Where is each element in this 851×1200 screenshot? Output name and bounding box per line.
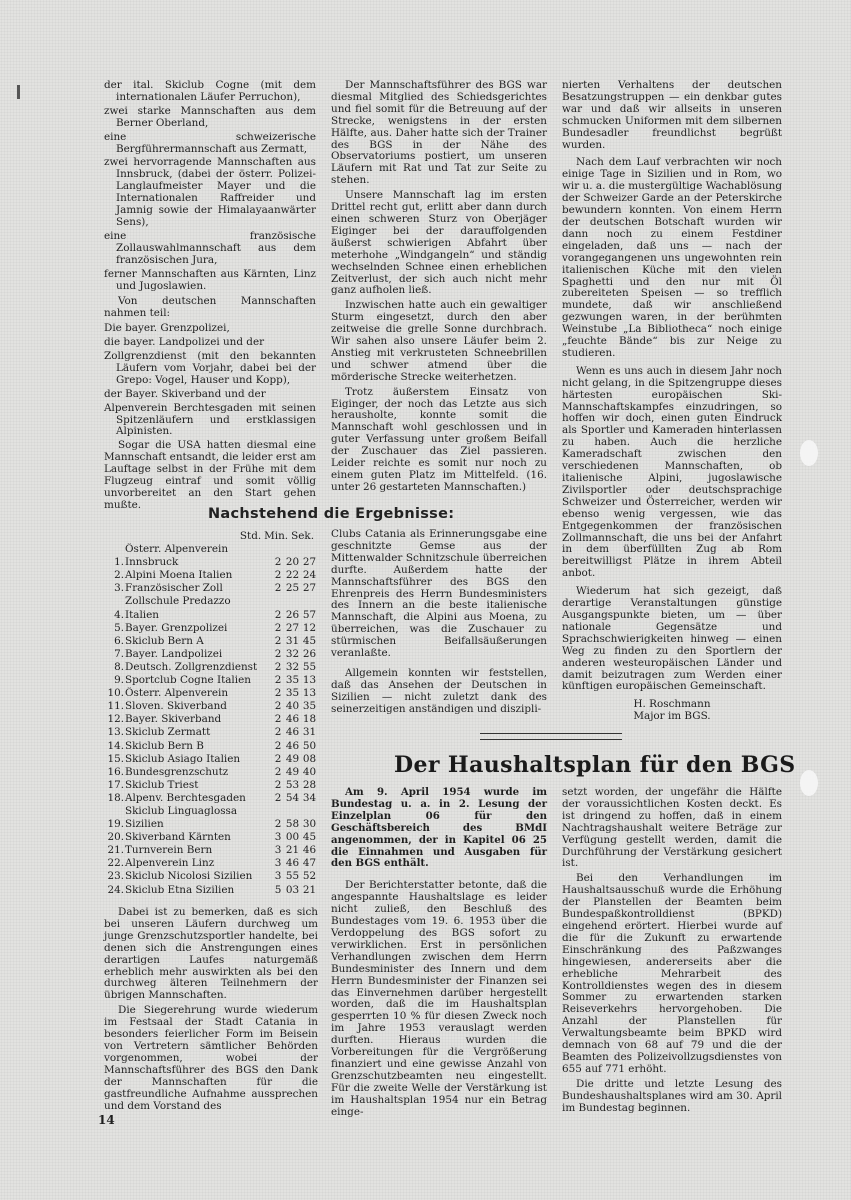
rank: 1. <box>104 556 124 569</box>
team-name-line: Skiclub Linguaglossa <box>125 805 237 817</box>
team-name: Alpenverein Linz <box>124 857 272 870</box>
time-hours: 2 <box>272 687 284 700</box>
budget-column-right: setzt worden, der ungefähr die Hälfte de… <box>562 787 782 1117</box>
results-heading: Nachstehend die Ergebnisse: <box>208 506 454 522</box>
time-seconds: 27 <box>301 582 318 595</box>
paragraph: nierten Verhaltens der deutschen Besatzu… <box>562 80 782 151</box>
team-name-line: Österr. Alpenverein <box>125 687 228 699</box>
time-hours: 2 <box>272 753 284 766</box>
paragraph: Trotz äußerstem Einsatz von Eiginger, de… <box>331 387 547 494</box>
time-seconds: 50 <box>301 740 318 753</box>
team-name: Österr. Alpenverein <box>124 687 272 700</box>
team-name-line: Skiclub Asiago Italien <box>125 753 240 765</box>
paragraph: Unsere Mannschaft lag im ersten Drittel … <box>331 190 547 297</box>
results-row: 22.Alpenverein Linz34647 <box>104 857 318 870</box>
time-minutes: 40 <box>284 700 301 713</box>
time-minutes: 32 <box>284 648 301 661</box>
team-name-line: Alpenverein Linz <box>125 857 214 869</box>
time-seconds: 21 <box>301 884 318 897</box>
rank: 4. <box>104 609 124 622</box>
time-seconds: 35 <box>301 700 318 713</box>
team-name: Skiclub Triest <box>124 779 272 792</box>
column-header-seconds: Sek. <box>291 530 314 543</box>
results-body: 1.Österr. AlpenvereinInnsbruck220272.Alp… <box>104 543 318 897</box>
team-name: Österr. AlpenvereinInnsbruck <box>124 543 272 569</box>
results-row: 23.Skiclub Nicolosi Sizilien35552 <box>104 870 318 883</box>
results-row: 1.Österr. AlpenvereinInnsbruck22027 <box>104 543 318 569</box>
time-minutes: 35 <box>284 674 301 687</box>
results-row: 15.Skiclub Asiago Italien24908 <box>104 753 318 766</box>
team-name: Skiclub Bern B <box>124 740 272 753</box>
time-minutes: 21 <box>284 844 301 857</box>
column-1: der ital. Skiclub Cogne (mit dem interna… <box>104 80 316 515</box>
time-hours: 3 <box>272 844 284 857</box>
results-row: 17.Skiclub Triest25328 <box>104 779 318 792</box>
paragraph: Clubs Catania als Erinnerungsgabe eine g… <box>331 529 547 660</box>
time-hours: 2 <box>272 609 284 622</box>
time-seconds: 24 <box>301 569 318 582</box>
rank: 5. <box>104 622 124 635</box>
team-name-line: Skiclub Bern B <box>125 740 204 752</box>
german-team-item: Zollgrenzdienst (mit den bekannten Läufe… <box>104 351 316 387</box>
time-minutes: 00 <box>284 831 301 844</box>
paragraph: Dabei ist zu bemerken, daß es sich bei u… <box>104 907 318 1002</box>
paragraph: Der Berichterstatter betonte, daß die an… <box>331 880 547 1118</box>
team-name-line: Italien <box>125 609 272 622</box>
team-list-item: der ital. Skiclub Cogne (mit dem interna… <box>104 80 316 104</box>
time-minutes: 49 <box>284 753 301 766</box>
time-minutes: 58 <box>284 818 301 831</box>
time-hours: 3 <box>272 831 284 844</box>
time-minutes: 22 <box>284 569 301 582</box>
paragraph: setzt worden, der ungefähr die Hälfte de… <box>562 787 782 870</box>
time-seconds: 13 <box>301 674 318 687</box>
article-separator <box>480 733 622 740</box>
results-row: 11.Sloven. Skiverband24035 <box>104 700 318 713</box>
paragraph: Die Siegerehrung wurde wiederum im Fests… <box>104 1005 318 1112</box>
paragraph: Wenn es uns auch in diesem Jahr noch nic… <box>562 366 782 580</box>
results-row: 3.Französischer Zoll22527 <box>104 582 318 595</box>
rank: 17. <box>104 779 124 792</box>
margin-mark <box>17 85 20 99</box>
time-hours: 2 <box>272 818 284 831</box>
team-name: Skiclub Asiago Italien <box>124 753 272 766</box>
time-minutes: 25 <box>284 582 301 595</box>
results-row: 20.Skiverband Kärnten30045 <box>104 831 318 844</box>
time-hours: 2 <box>272 726 284 739</box>
time-minutes: 49 <box>284 766 301 779</box>
results-row: 2.Alpini Moena Italien22224 <box>104 569 318 582</box>
punch-hole <box>800 770 818 796</box>
german-team-item: die bayer. Landpolizei und der <box>104 337 316 349</box>
team-name-line: Bayer. Landpolizei <box>125 648 222 660</box>
time-seconds: 13 <box>301 687 318 700</box>
time-hours: 2 <box>272 779 284 792</box>
time-hours: 2 <box>272 582 284 595</box>
rank: 19. <box>104 818 124 831</box>
results-header: Std. Min. Sek. <box>104 530 318 543</box>
team-name: Zollschule PredazzoItalien <box>124 595 272 621</box>
results-row: 21.Turnverein Bern32146 <box>104 844 318 857</box>
time-minutes: 46 <box>284 726 301 739</box>
team-name: Skiclub LinguaglossaSizilien <box>124 805 272 831</box>
column-2: Der Mannschaftsführer des BGS war diesma… <box>331 80 547 497</box>
rank: 7. <box>104 648 124 661</box>
rank: 11. <box>104 700 124 713</box>
time-minutes: 46 <box>284 857 301 870</box>
paragraph: Allgemein konnten wir feststellen, daß d… <box>331 668 547 716</box>
results-row: 8.Deutsch. Zollgrenzdienst23255 <box>104 661 318 674</box>
time-seconds: 55 <box>301 661 318 674</box>
time-seconds: 18 <box>301 713 318 726</box>
german-team-item: Die bayer. Grenzpolizei, <box>104 323 316 335</box>
time-minutes: 20 <box>284 556 301 569</box>
rank: 21. <box>104 844 124 857</box>
time-hours: 2 <box>272 622 284 635</box>
paragraph: Wiederum hat sich gezeigt, daß derartige… <box>562 586 782 693</box>
results-row: 19.Skiclub LinguaglossaSizilien25830 <box>104 805 318 831</box>
results-row: 12.Bayer. Skiverband24618 <box>104 713 318 726</box>
team-list-item: eine französische Zollauswahlmannschaft … <box>104 231 316 267</box>
team-name: Skiclub Etna Sizilien <box>124 884 272 897</box>
time-seconds: 45 <box>301 831 318 844</box>
column-header-minutes: Min. <box>264 530 288 543</box>
time-minutes: 26 <box>284 609 301 622</box>
team-name-line: Alpenv. Berchtesgaden <box>125 792 246 804</box>
column-2-continued: Clubs Catania als Erinnerungsgabe eine g… <box>331 529 547 719</box>
paragraph: Der Mannschaftsführer des BGS war diesma… <box>331 80 547 187</box>
results-row: 6.Skiclub Bern A23145 <box>104 635 318 648</box>
team-name-line: Innsbruck <box>125 556 272 569</box>
team-name: Französischer Zoll <box>124 582 272 595</box>
rank: 24. <box>104 884 124 897</box>
time-seconds: 46 <box>301 844 318 857</box>
rank: 10. <box>104 687 124 700</box>
rank: 23. <box>104 870 124 883</box>
time-hours: 2 <box>272 713 284 726</box>
punch-hole <box>800 440 818 466</box>
time-hours: 2 <box>272 556 284 569</box>
time-hours: 2 <box>272 674 284 687</box>
team-name: Skiclub Bern A <box>124 635 272 648</box>
rank: 9. <box>104 674 124 687</box>
time-seconds: 30 <box>301 818 318 831</box>
time-seconds: 12 <box>301 622 318 635</box>
team-list-item: zwei hervorragende Mannschaften aus Inns… <box>104 157 316 228</box>
time-minutes: 35 <box>284 687 301 700</box>
team-name: Alpenv. Berchtesgaden <box>124 792 272 805</box>
results-row: 9.Sportclub Cogne Italien23513 <box>104 674 318 687</box>
time-hours: 2 <box>272 700 284 713</box>
team-name-line: Französischer Zoll <box>125 582 223 594</box>
rank: 18. <box>104 792 124 805</box>
rank: 22. <box>104 857 124 870</box>
team-list-item: ferner Mannschaften aus Kärnten, Linz un… <box>104 269 316 293</box>
time-hours: 2 <box>272 792 284 805</box>
team-name-line: Bundesgrenzschutz <box>125 766 228 778</box>
results-row: 13.Skiclub Zermatt24631 <box>104 726 318 739</box>
rank: 12. <box>104 713 124 726</box>
time-seconds: 45 <box>301 635 318 648</box>
time-minutes: 32 <box>284 661 301 674</box>
time-seconds: 47 <box>301 857 318 870</box>
team-name: Skiclub Nicolosi Sizilien <box>124 870 272 883</box>
time-hours: 2 <box>272 648 284 661</box>
time-hours: 2 <box>272 661 284 674</box>
team-name-line: Bayer. Grenzpolizei <box>125 622 227 634</box>
time-seconds: 31 <box>301 726 318 739</box>
paragraph: Sogar die USA hatten diesmal eine Mannsc… <box>104 440 316 511</box>
results-row: 4.Zollschule PredazzoItalien22657 <box>104 595 318 621</box>
rank: 20. <box>104 831 124 844</box>
team-name: Bayer. Landpolizei <box>124 648 272 661</box>
team-name-line: Deutsch. Zollgrenzdienst <box>125 661 257 673</box>
time-seconds: 28 <box>301 779 318 792</box>
time-minutes: 03 <box>284 884 301 897</box>
results-row: 5.Bayer. Grenzpolizei22712 <box>104 622 318 635</box>
time-minutes: 54 <box>284 792 301 805</box>
team-name-line: Turnverein Bern <box>125 844 212 856</box>
time-hours: 3 <box>272 870 284 883</box>
time-seconds: 40 <box>301 766 318 779</box>
team-name-line: Skiclub Nicolosi Sizilien <box>125 870 252 882</box>
column-header-hours: Std. <box>240 530 261 543</box>
team-name-line: Skiclub Etna Sizilien <box>125 884 234 896</box>
time-seconds: 27 <box>301 556 318 569</box>
results-row: 10.Österr. Alpenverein23513 <box>104 687 318 700</box>
time-hours: 5 <box>272 884 284 897</box>
time-minutes: 53 <box>284 779 301 792</box>
time-minutes: 31 <box>284 635 301 648</box>
time-minutes: 55 <box>284 870 301 883</box>
column-3: nierten Verhaltens der deutschen Besatzu… <box>562 80 782 723</box>
column-1-continued: Dabei ist zu bemerken, daß es sich bei u… <box>104 907 318 1115</box>
rank: 2. <box>104 569 124 582</box>
time-minutes: 27 <box>284 622 301 635</box>
team-name-line: Sloven. Skiverband <box>125 700 227 712</box>
time-minutes: 46 <box>284 713 301 726</box>
time-minutes: 46 <box>284 740 301 753</box>
team-name: Bayer. Skiverband <box>124 713 272 726</box>
team-name-line: Zollschule Predazzo <box>125 595 231 607</box>
paragraph: Inzwischen hatte auch ein gewaltiger Stu… <box>331 300 547 383</box>
team-name-line: Alpini Moena Italien <box>125 569 232 581</box>
rank: 3. <box>104 582 124 595</box>
team-name: Turnverein Bern <box>124 844 272 857</box>
team-name: Skiverband Kärnten <box>124 831 272 844</box>
time-seconds: 34 <box>301 792 318 805</box>
results-row: 18.Alpenv. Berchtesgaden25434 <box>104 792 318 805</box>
rank: 15. <box>104 753 124 766</box>
time-hours: 3 <box>272 857 284 870</box>
time-hours: 2 <box>272 766 284 779</box>
team-name-line: Österr. Alpenverein <box>125 543 228 555</box>
team-name-line: Sportclub Cogne Italien <box>125 674 251 686</box>
paragraph: Von deutschen Mannschaften nahmen teil: <box>104 296 316 320</box>
results-row: 24.Skiclub Etna Sizilien50321 <box>104 884 318 897</box>
results-row: 14.Skiclub Bern B24650 <box>104 740 318 753</box>
magazine-page: der ital. Skiclub Cogne (mit dem interna… <box>0 0 851 1200</box>
team-list-item: zwei starke Mannschaften aus dem Berner … <box>104 106 316 130</box>
team-name-line: Skiclub Zermatt <box>125 726 210 738</box>
rank: 13. <box>104 726 124 739</box>
article-title: Der Haushaltsplan für den BGS <box>394 752 796 778</box>
rank: 8. <box>104 661 124 674</box>
team-name: Skiclub Zermatt <box>124 726 272 739</box>
results-row: 16.Bundesgrenzschutz24940 <box>104 766 318 779</box>
rank: 6. <box>104 635 124 648</box>
time-seconds: 52 <box>301 870 318 883</box>
german-team-item: der Bayer. Skiverband und der <box>104 389 316 401</box>
paragraph: Bei den Verhandlungen im Haushaltsaussch… <box>562 873 782 1075</box>
rank: 14. <box>104 740 124 753</box>
article-lead: Am 9. April 1954 wurde im Bundestag u. a… <box>331 787 547 870</box>
author-rank: Major im BGS. <box>562 711 782 723</box>
team-name: Bundesgrenzschutz <box>124 766 272 779</box>
team-name: Alpini Moena Italien <box>124 569 272 582</box>
paragraph: Die dritte und letzte Lesung des Bundesh… <box>562 1079 782 1115</box>
team-name: Sportclub Cogne Italien <box>124 674 272 687</box>
results-table: Std. Min. Sek. 1.Österr. AlpenvereinInns… <box>104 530 318 897</box>
team-name: Sloven. Skiverband <box>124 700 272 713</box>
time-seconds: 08 <box>301 753 318 766</box>
time-hours: 2 <box>272 635 284 648</box>
team-list-item: eine schweizerische Bergführermannschaft… <box>104 132 316 156</box>
time-seconds: 26 <box>301 648 318 661</box>
team-name-line: Bayer. Skiverband <box>125 713 221 725</box>
team-name-line: Sizilien <box>125 818 272 831</box>
team-name-line: Skiclub Triest <box>125 779 198 791</box>
rank: 16. <box>104 766 124 779</box>
team-name: Bayer. Grenzpolizei <box>124 622 272 635</box>
time-hours: 2 <box>272 740 284 753</box>
results-row: 7.Bayer. Landpolizei23226 <box>104 648 318 661</box>
team-name-line: Skiverband Kärnten <box>125 831 231 843</box>
german-team-item: Alpenverein Berchtesgaden mit seinen Spi… <box>104 403 316 439</box>
team-name-line: Skiclub Bern A <box>125 635 204 647</box>
time-seconds: 57 <box>301 609 318 622</box>
time-hours: 2 <box>272 569 284 582</box>
budget-column-left: Am 9. April 1954 wurde im Bundestag u. a… <box>331 787 547 1121</box>
paragraph: Nach dem Lauf verbrachten wir noch einig… <box>562 157 782 359</box>
team-name: Deutsch. Zollgrenzdienst <box>124 661 272 674</box>
page-number: 14 <box>98 1113 115 1127</box>
